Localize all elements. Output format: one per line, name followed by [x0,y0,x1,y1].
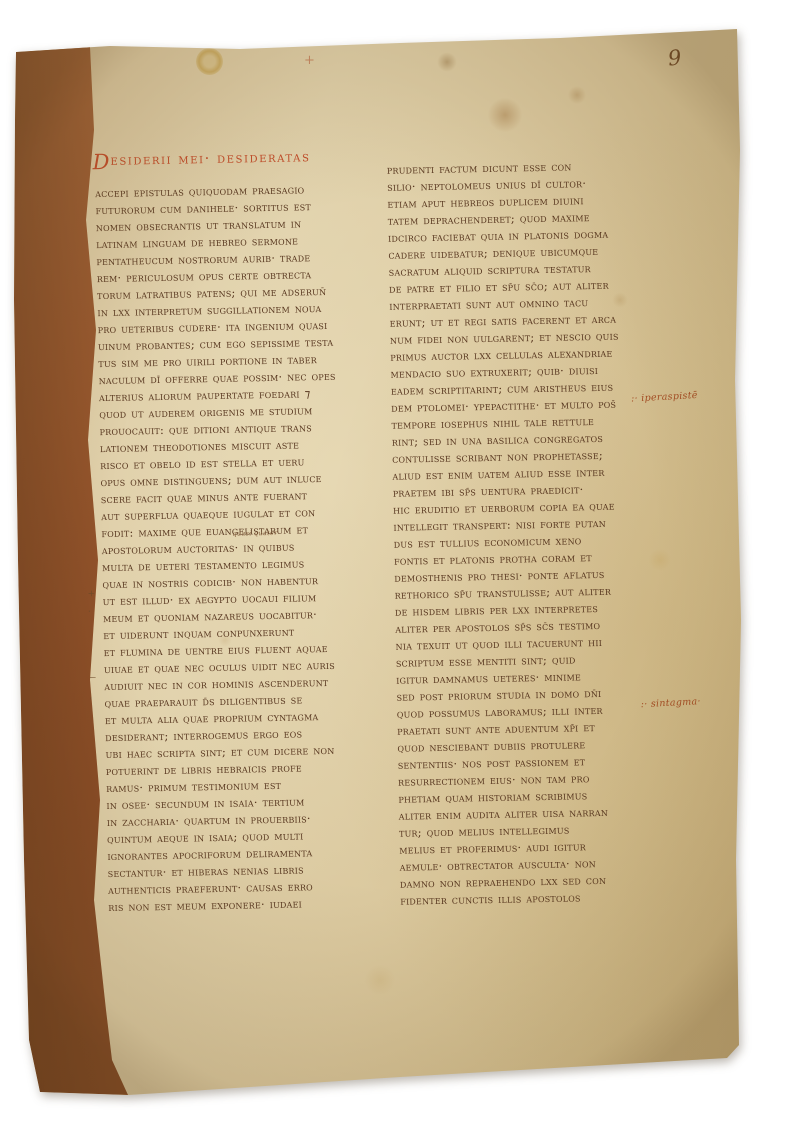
rubric-initial: d [92,142,109,177]
page-wrap: + 9 desiderii mei· desideratas accepi ep… [0,0,800,1132]
manuscript-photo: + 9 desiderii mei· desideratas accepi ep… [0,0,800,1132]
manuscript-line: ris non est meum exponere· iudaei [108,895,345,916]
margin-mark: , [89,691,92,701]
margin-mark: · [88,607,91,617]
text-column-right: prudenti factum dicunt esse consilio· ne… [387,158,629,910]
marginal-note-iperaspistes: :· iperaspistē [631,390,698,405]
text-column-left: accepi epistulas quiquodam praesagiofutu… [95,181,345,916]
manuscript-line: fidenter cunctis illis apostolos [400,888,629,909]
rubric-heading: desiderii mei· desideratas [92,149,310,169]
margin-mark: − [89,673,97,683]
interlinear-gloss: quasi quater [232,529,277,538]
parchment-page: + 9 desiderii mei· desideratas accepi ep… [0,0,800,1132]
marginal-note-sintagma: :· sintagma· [640,696,701,710]
margin-mark: + [87,589,95,599]
ink-layer: desiderii mei· desideratas accepi epistu… [0,0,800,1132]
rubric-heading-text: esiderii mei· desideratas [110,149,310,169]
